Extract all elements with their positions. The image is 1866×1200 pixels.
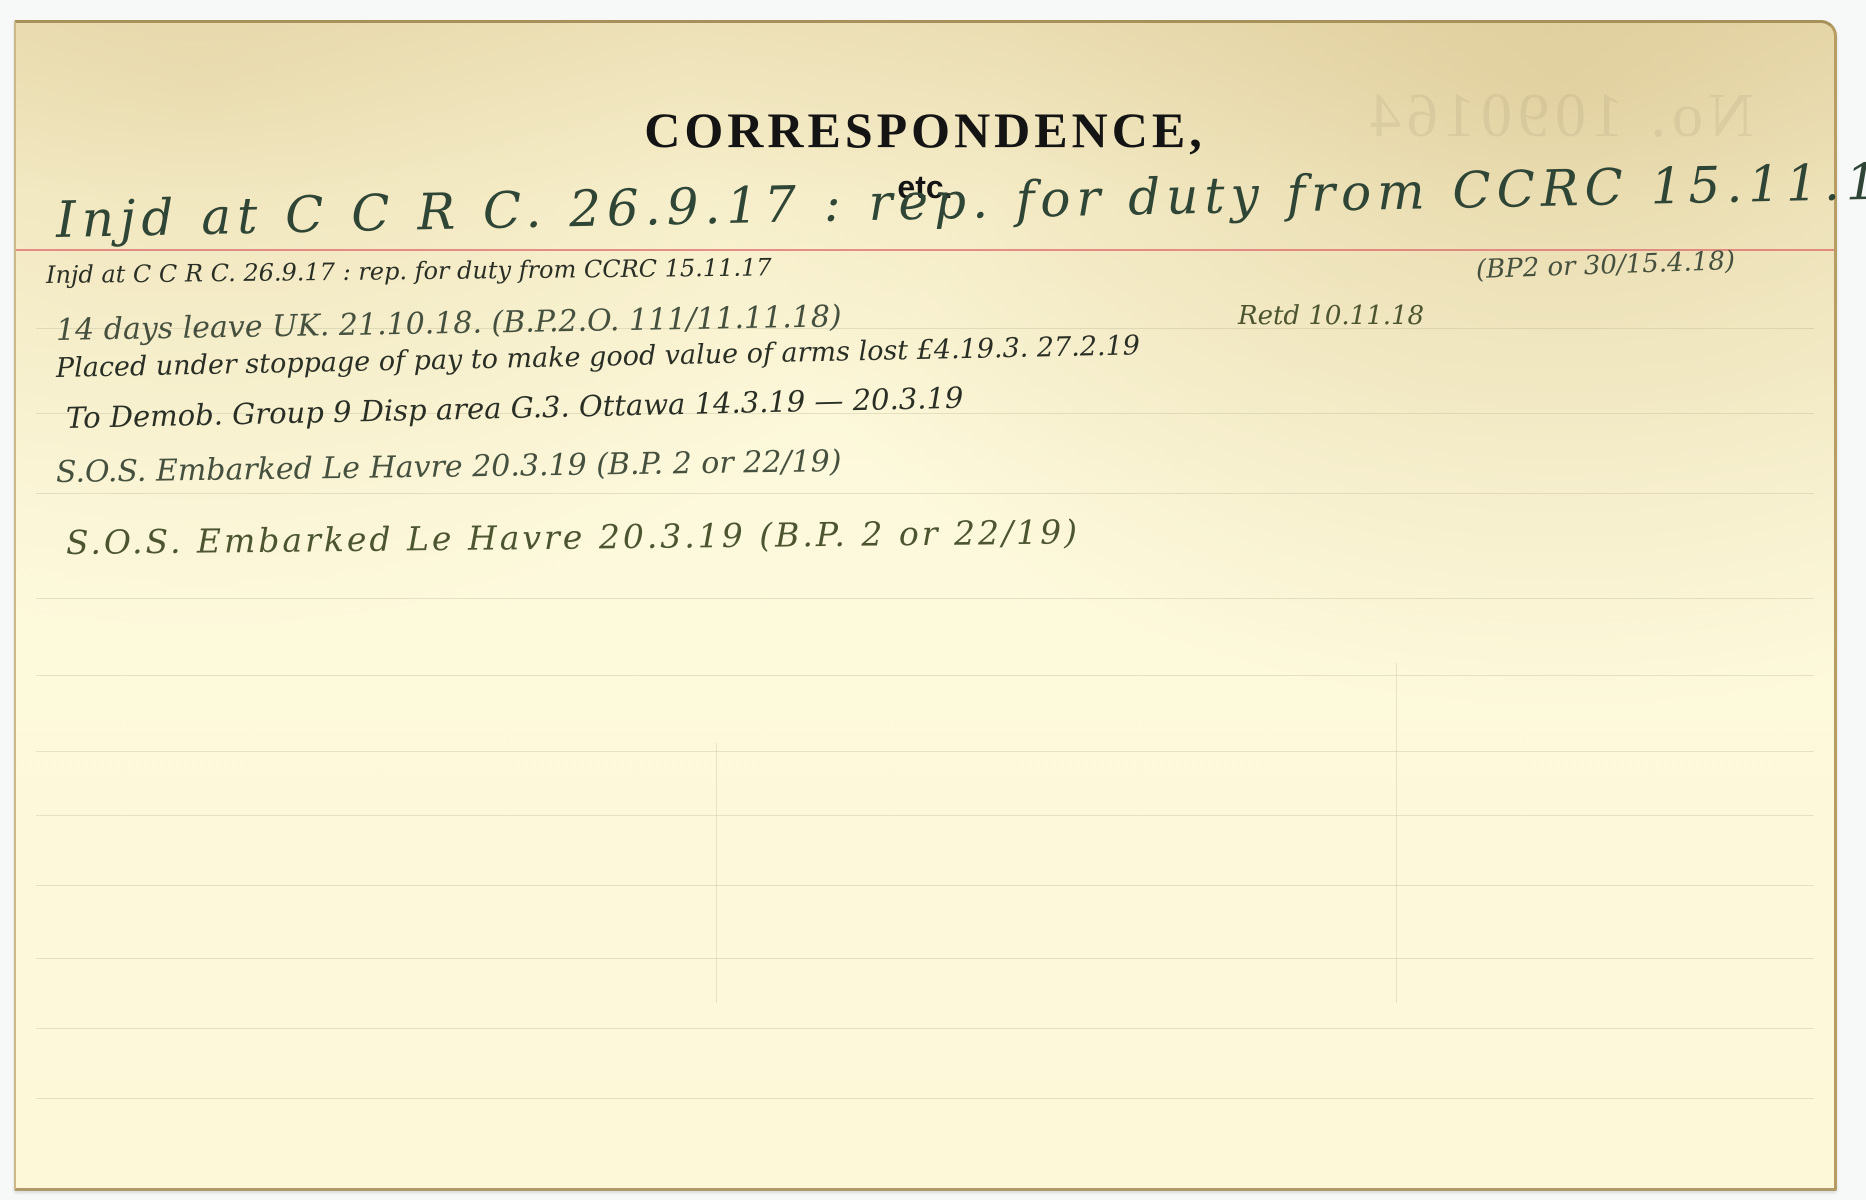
ruled-line (36, 598, 1814, 599)
ruled-line (36, 751, 1814, 752)
entry-embarked: S.O.S. Embarked Le Havre 20.3.19 (B.P. 2… (66, 512, 1080, 562)
ruled-line (36, 493, 1814, 494)
ruled-line (36, 958, 1814, 959)
entry-disobedience: Injd at C C R C. 26.9.17 : rep. for duty… (46, 253, 772, 289)
entry-returned: Retd 10.11.18 (1238, 301, 1424, 331)
ruled-line (36, 815, 1814, 816)
column-divider (1396, 663, 1397, 1003)
column-divider (716, 743, 717, 1003)
ruled-line (36, 1028, 1814, 1029)
entry-stoppage-pay: To Demob. Group 9 Disp area G.3. Ottawa … (66, 381, 964, 435)
entry-bp-reference: (BP2 or 30/15.4.18) (1475, 246, 1735, 285)
record-card: No. 1090164 CORRESPONDENCE, etc. Injd at… (14, 20, 1837, 1191)
entry-injured-ccrc: Injd at C C R C. 26.9.17 : rep. for duty… (55, 152, 1866, 249)
entry-demob: S.O.S. Embarked Le Havre 20.3.19 (B.P. 2… (56, 444, 842, 490)
ruled-line (36, 885, 1814, 886)
ruled-line (36, 675, 1814, 676)
ruled-line (36, 1098, 1814, 1099)
card-title: CORRESPONDENCE, (16, 101, 1834, 159)
red-header-rule (16, 249, 1834, 251)
